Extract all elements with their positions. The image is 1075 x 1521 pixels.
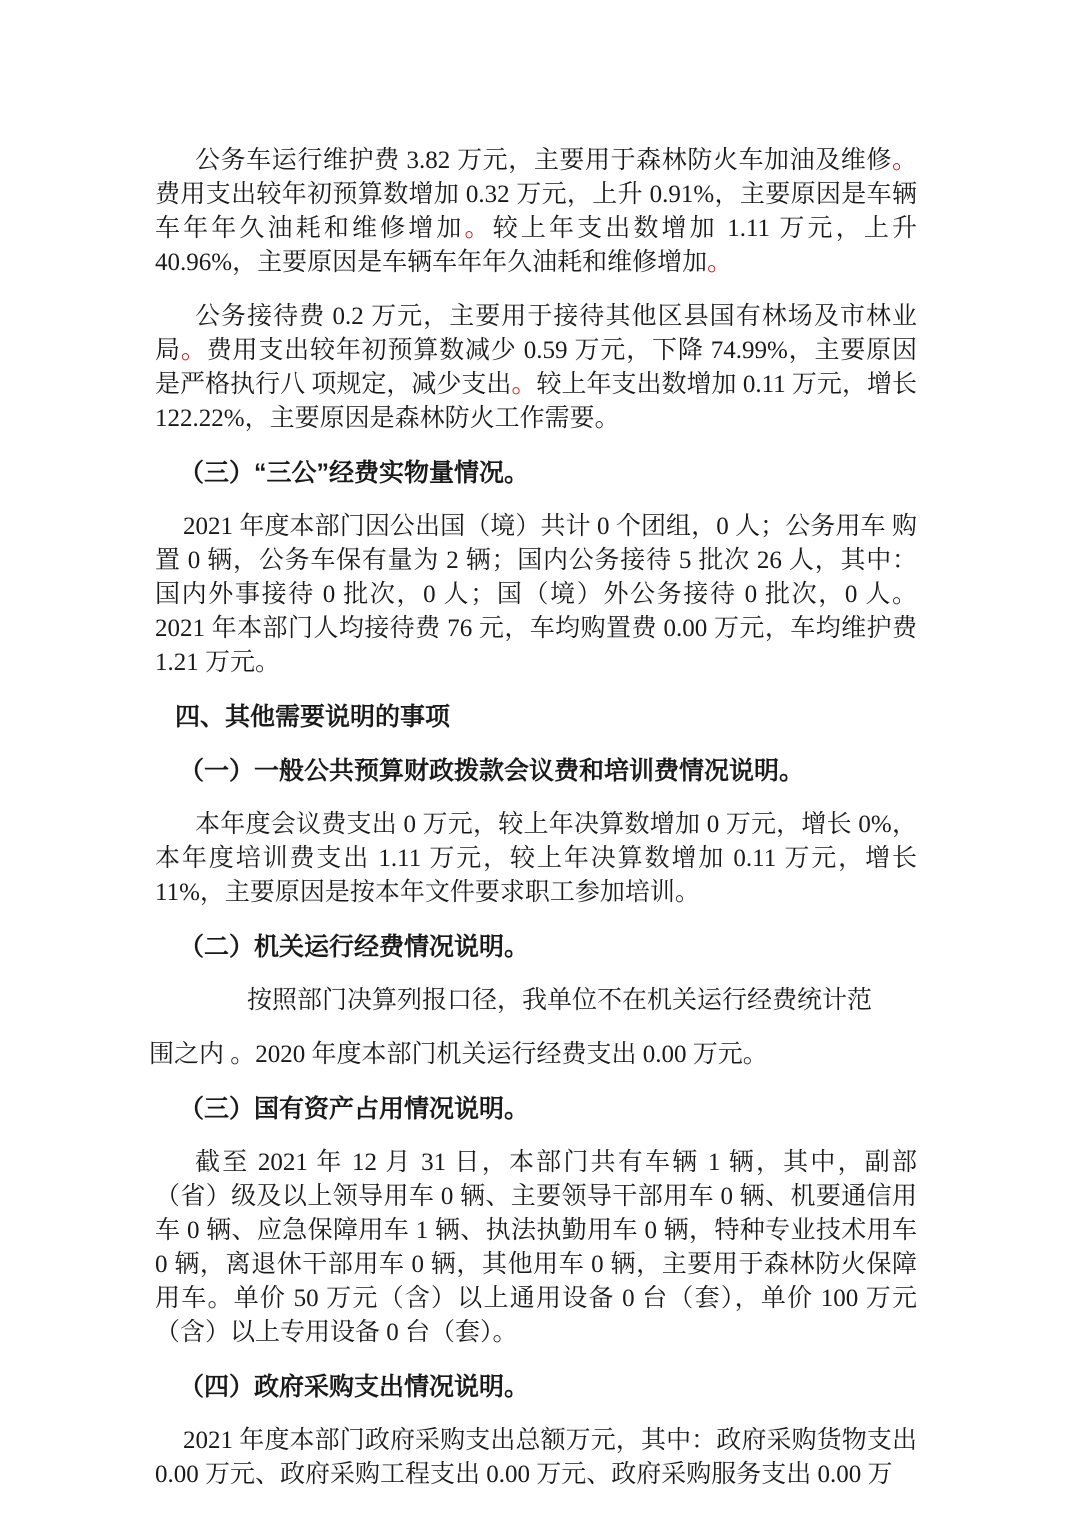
red-punctuation: 。	[892, 147, 917, 174]
paragraph-meeting-training-fee-detail: 本年度会议费支出 0 万元，较上年决算数增加 0 万元，增长 0%，本年度培训费…	[155, 808, 917, 910]
paragraph-agency-operating-expense-line1: 按照部门决算列报口径，我单位不在机关运行经费统计范	[155, 984, 917, 1018]
text-run: 本年度会议费支出 0 万元，较上年决算数增加 0 万元，增长 0%，本年度培训费…	[155, 811, 917, 906]
text-run: （四）政府采购支出情况说明。	[179, 1373, 529, 1401]
text-run: 四、其他需要说明的事项	[175, 703, 450, 731]
red-punctuation: 。	[465, 215, 493, 242]
heading-state-owned-assets-note: （三）国有资产占用情况说明。	[155, 1092, 917, 1126]
red-punctuation: 。	[707, 249, 732, 276]
document-page: 公务车运行维护费 3.82 万元，主要用于森林防火车加油及维修。费用支出较年初预…	[0, 0, 1075, 1521]
text-run: 围之内 。2020 年度本部门机关运行经费支出 0.00 万元。	[149, 1041, 768, 1068]
paragraph-physical-quantity-detail: 2021 年度本部门因公出国（境）共计 0 个团组，0 人；公务用车 购置 0 …	[155, 510, 917, 680]
heading-agency-operating-expense-note: （二）机关运行经费情况说明。	[155, 930, 917, 964]
text-run: 按照部门决算列报口径，我单位不在机关运行经费统计范	[247, 987, 872, 1014]
text-run: （二）机关运行经费情况说明。	[179, 933, 529, 961]
paragraph-government-procurement-detail: 2021 年度本部门政府采购支出总额万元，其中：政府采购货物支出 0.00 万元…	[155, 1424, 917, 1492]
red-punctuation: 。	[181, 337, 207, 364]
red-punctuation: 。	[511, 371, 536, 398]
text-run: 截至 2021 年 12 月 31 日，本部门共有车辆 1 辆，其中，副部（省）…	[155, 1149, 917, 1346]
text-run: （一）一般公共预算财政拨款会议费和培训费情况说明。	[179, 757, 804, 785]
paragraph-state-owned-assets-detail: 截至 2021 年 12 月 31 日，本部门共有车辆 1 辆，其中，副部（省）…	[155, 1146, 917, 1350]
text-run: （三）国有资产占用情况说明。	[179, 1095, 529, 1123]
paragraph-official-reception-cost: 公务接待费 0.2 万元，主要用于接待其他区县国有林场及市林业局。费用支出较年初…	[155, 300, 917, 436]
paragraph-agency-operating-expense-line2: 围之内 。2020 年度本部门机关运行经费支出 0.00 万元。	[155, 1038, 917, 1072]
document-body: 公务车运行维护费 3.82 万元，主要用于森林防火车加油及维修。费用支出较年初预…	[155, 124, 917, 1492]
heading-section-four-other-matters: 四、其他需要说明的事项	[155, 700, 917, 734]
paragraph-vehicle-maintenance-cost: 公务车运行维护费 3.82 万元，主要用于森林防火车加油及维修。费用支出较年初预…	[155, 144, 917, 280]
text-run: 公务车运行维护费 3.82 万元，主要用于森林防火车加油及维修	[195, 147, 892, 174]
heading-three-public-expense-physical-quantity: （三）“三公”经费实物量情况。	[155, 456, 917, 490]
text-run: （三）“三公”经费实物量情况。	[179, 459, 529, 487]
heading-meeting-training-fee-note: （一）一般公共预算财政拨款会议费和培训费情况说明。	[155, 754, 917, 788]
text-run: 2021 年度本部门政府采购支出总额万元，其中：政府采购货物支出 0.00 万元…	[155, 1427, 917, 1488]
text-run: 2021 年度本部门因公出国（境）共计 0 个团组，0 人；公务用车 购置 0 …	[155, 513, 917, 676]
heading-government-procurement-note: （四）政府采购支出情况说明。	[155, 1370, 917, 1404]
